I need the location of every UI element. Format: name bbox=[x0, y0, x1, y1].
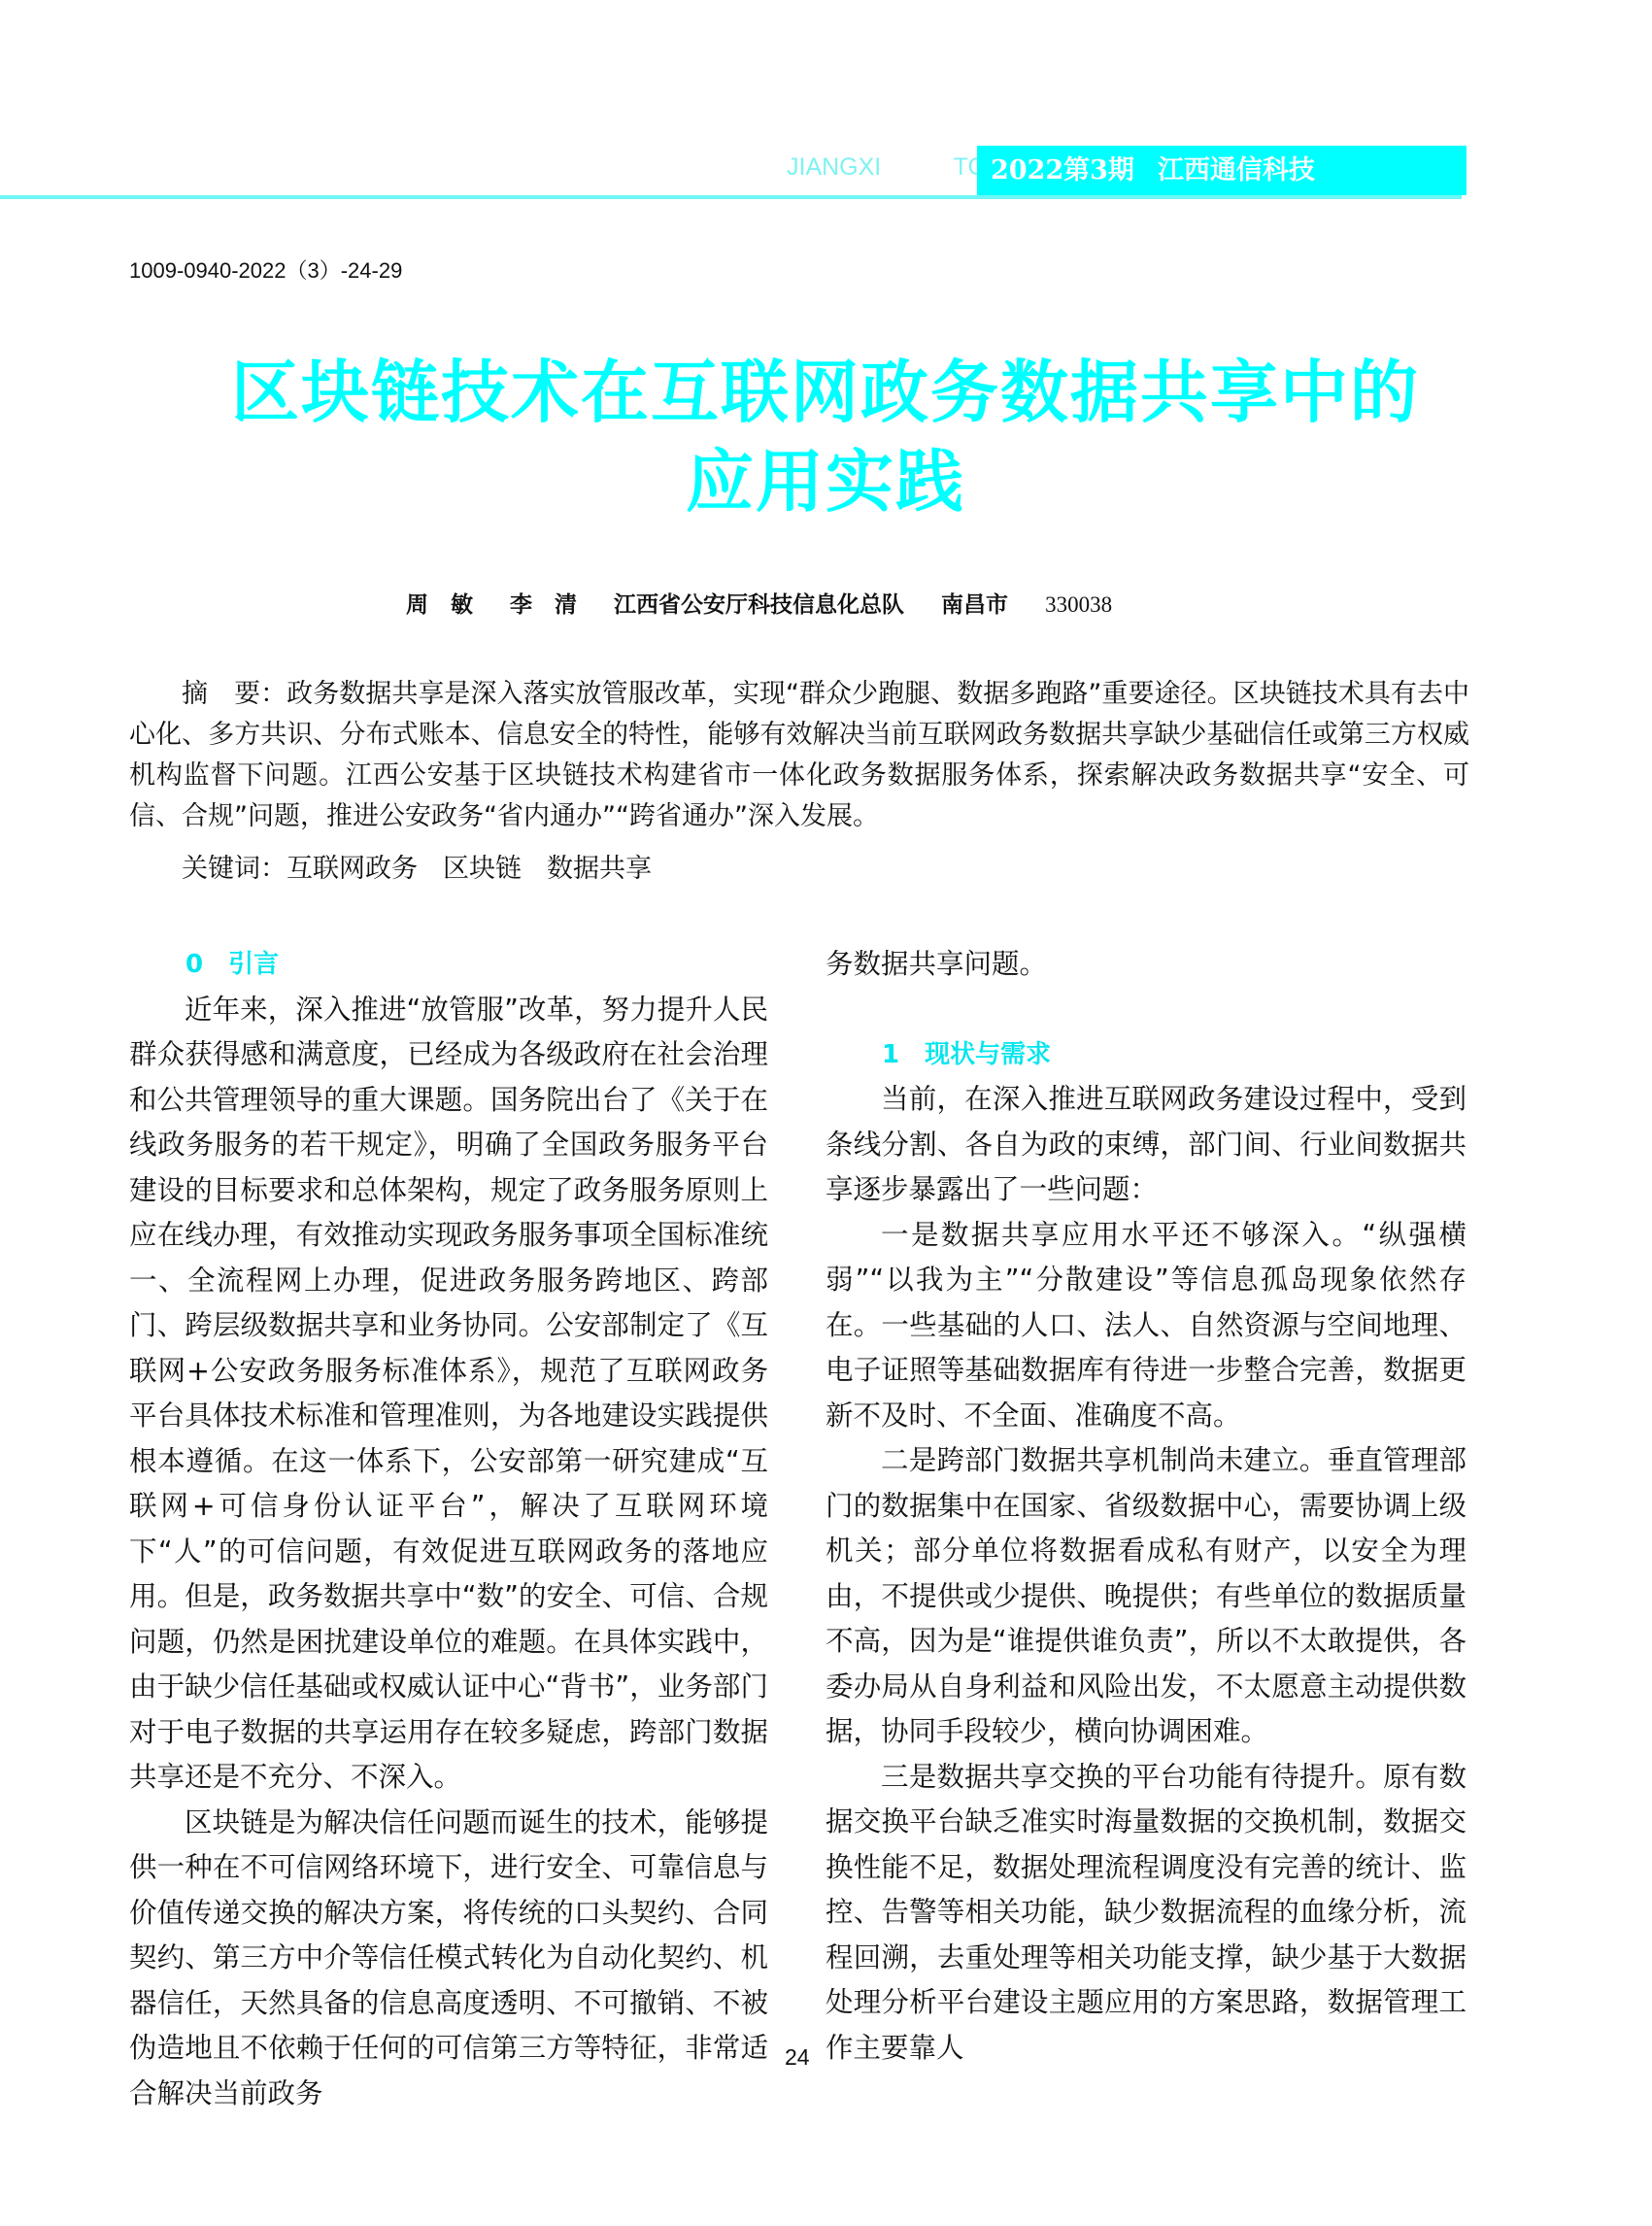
journal-issue-banner: 2022第3期江西通信科技 bbox=[977, 146, 1467, 195]
keyword: 数据共享 bbox=[547, 854, 652, 884]
author-line: 周 敏 李 清 江西省公安厅科技信息化总队 南昌市 330038 bbox=[406, 587, 1141, 619]
journal-name-chinese: 江西通信科技 bbox=[1158, 155, 1315, 185]
city: 南昌市 bbox=[941, 591, 1008, 618]
affiliation: 江西省公安厅科技信息化总队 bbox=[614, 591, 904, 618]
keyword: 互联网政务 bbox=[287, 854, 418, 884]
header-rule bbox=[0, 195, 1462, 199]
page-number: 24 bbox=[785, 2044, 810, 2071]
keywords: 关键词：互联网政务区块链数据共享 bbox=[182, 847, 677, 885]
abstract-text: 政务数据共享是深入落实放管服改革，实现“群众少跑腿、数据多跑路”重要途径。区块链… bbox=[129, 679, 1469, 831]
abstract-label: 摘 要： bbox=[129, 679, 287, 709]
issue-label: 2022第3期 bbox=[991, 155, 1134, 185]
paragraph: 近年来，深入推进“放管服”改革，努力提升人民群众获得感和满意度，已经成为各级政府… bbox=[129, 988, 768, 1801]
section-title: 引言 bbox=[228, 950, 279, 979]
left-column: 0引言 近年来，深入推进“放管服”改革，努力提升人民群众获得感和满意度，已经成为… bbox=[129, 942, 768, 2116]
section-heading-intro: 0引言 bbox=[129, 942, 768, 988]
abstract: 摘 要：政务数据共享是深入落实放管服改革，实现“群众少跑腿、数据多跑路”重要途径… bbox=[129, 674, 1469, 837]
section-number: 1 bbox=[882, 1040, 899, 1069]
paragraph: 三是数据共享交换的平台功能有待提升。原有数据交换平台缺乏准实时海量数据的交换机制… bbox=[826, 1755, 1467, 2072]
paragraph: 二是跨部门数据共享机制尚未建立。垂直管理部门的数据集中在国家、省级数据中心，需要… bbox=[826, 1438, 1467, 1755]
paragraph: 当前，在深入推进互联网政务建设过程中，受到条线分割、各自为政的束缚，部门间、行业… bbox=[826, 1077, 1467, 1213]
keyword: 区块链 bbox=[443, 854, 522, 884]
paper-title: 区块链技术在互联网政务数据共享中的 应用实践 bbox=[97, 348, 1554, 526]
section-title: 现状与需求 bbox=[925, 1040, 1051, 1069]
paragraph-continuation: 务数据共享问题。 bbox=[826, 942, 1467, 988]
title-line-1: 区块链技术在互联网政务数据共享中的 bbox=[97, 348, 1554, 437]
document-code: 1009-0940-2022（3）-24-29 bbox=[129, 254, 402, 285]
right-column: 务数据共享问题。 1现状与需求 当前，在深入推进互联网政务建设过程中，受到条线分… bbox=[826, 942, 1467, 2071]
title-line-2: 应用实践 bbox=[97, 437, 1554, 526]
section-spacer bbox=[826, 988, 1467, 1032]
postcode: 330038 bbox=[1045, 592, 1112, 617]
author-name: 周 敏 bbox=[406, 591, 473, 618]
author-name: 李 清 bbox=[510, 591, 577, 618]
paragraph: 一是数据共享应用水平还不够深入。“纵强横弱”“以我为主”“分散建设”等信息孤岛现… bbox=[826, 1213, 1467, 1439]
section-heading-status: 1现状与需求 bbox=[826, 1032, 1467, 1078]
section-number: 0 bbox=[185, 950, 203, 979]
keywords-label: 关键词： bbox=[182, 854, 287, 884]
paragraph: 区块链是为解决信任问题而诞生的技术，能够提供一种在不可信网络环境下，进行安全、可… bbox=[129, 1801, 768, 2117]
